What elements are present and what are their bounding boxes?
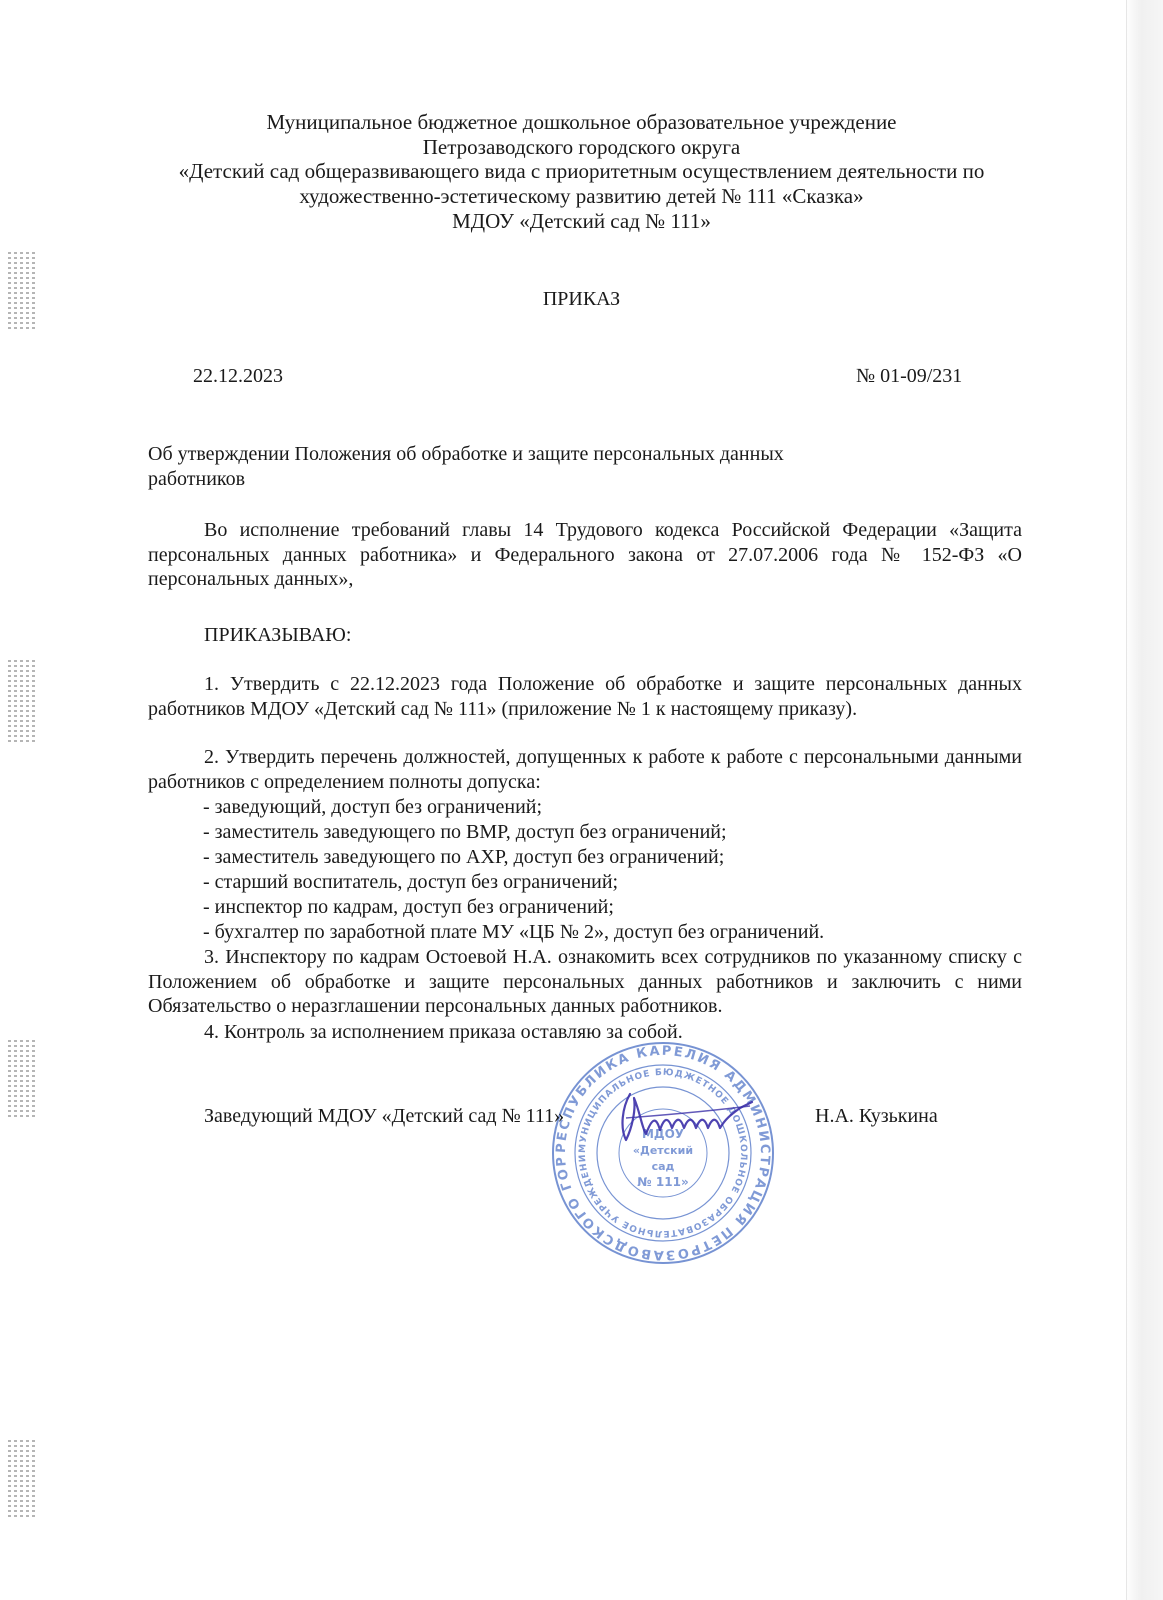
subject-line-2: работников — [148, 467, 245, 491]
binder-hole-marks — [8, 660, 38, 745]
signatory-name: Н.А. Кузькина — [815, 1104, 938, 1128]
svg-text:сад: сад — [652, 1160, 675, 1173]
position-item: - заместитель заведующего по ВМР, доступ… — [203, 820, 727, 844]
document-type-title: ПРИКАЗ — [0, 287, 1163, 311]
header-line-5: МДОУ «Детский сад № 111» — [0, 209, 1163, 233]
signatory-position: Заведующий МДОУ «Детский сад № 111» — [204, 1104, 564, 1128]
binder-hole-marks — [8, 1440, 38, 1520]
preamble-paragraph: Во исполнение требований главы 14 Трудов… — [148, 518, 1022, 592]
position-item: - заведующий, доступ без ограничений; — [203, 795, 542, 819]
position-item: - старший воспитатель, доступ без ограни… — [203, 870, 618, 894]
order-item-1: 1. Утвердить с 22.12.2023 года Положение… — [148, 672, 1022, 721]
scanned-document-page: Муниципальное бюджетное дошкольное образ… — [0, 0, 1163, 1600]
binder-hole-marks — [8, 1040, 38, 1120]
order-directive: ПРИКАЗЫВАЮ: — [204, 623, 351, 647]
position-item: - заместитель заведующего по АХР, доступ… — [203, 845, 724, 869]
svg-text:№ 111»: № 111» — [637, 1175, 688, 1189]
header-line-2: Петрозаводского городского округа — [0, 135, 1163, 159]
header-line-1: Муниципальное бюджетное дошкольное образ… — [0, 110, 1163, 134]
order-number: № 01-09/231 — [856, 364, 962, 388]
handwritten-signature — [612, 1088, 762, 1148]
header-line-3: «Детский сад общеразвивающего вида с при… — [0, 159, 1163, 183]
official-seal-stamp: РЕСПУБЛИКА КАРЕЛИЯ АДМИНИСТРАЦИЯ ПЕТРОЗА… — [548, 1038, 778, 1268]
header-line-4: художественно-эстетическому развитию дет… — [0, 184, 1163, 208]
scanner-edge-shadow — [1126, 0, 1163, 1600]
position-item: - бухгалтер по заработной плате МУ «ЦБ №… — [203, 920, 824, 944]
position-item: - инспектор по кадрам, доступ без ограни… — [203, 895, 614, 919]
order-item-2: 2. Утвердить перечень должностей, допуще… — [148, 745, 1022, 794]
subject-line-1: Об утверждении Положения об обработке и … — [148, 442, 784, 466]
order-item-3: 3. Инспектору по кадрам Остоевой Н.А. оз… — [148, 945, 1022, 1019]
order-date: 22.12.2023 — [193, 364, 283, 388]
